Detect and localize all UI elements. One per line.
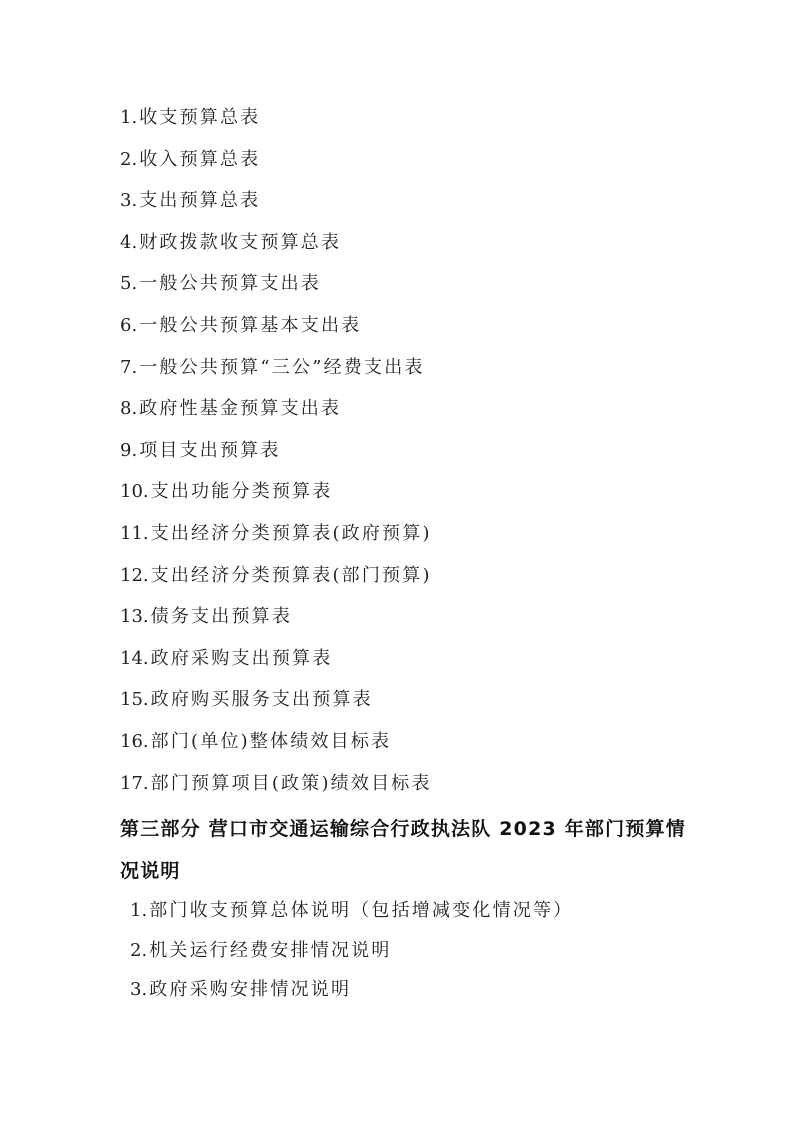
item-number: 12.: [120, 565, 149, 586]
item-number: 13.: [120, 606, 149, 627]
toc-item-3: 3.支出预算总表: [120, 187, 432, 229]
item-label: 收入预算总表: [139, 149, 260, 170]
item-number: 16.: [120, 731, 149, 752]
section-item-list: 1.部门收支预算总体说明（包括增减变化情况等） 2.机关运行经费安排情况说明 3…: [130, 897, 573, 1016]
item-number: 17.: [120, 773, 149, 794]
item-number: 2.: [120, 149, 137, 170]
item-number: 3.: [130, 979, 147, 1000]
toc-item-15: 15.政府购买服务支出预算表: [120, 686, 432, 728]
toc-item-4: 4.财政拨款收支预算总表: [120, 229, 432, 271]
toc-item-5: 5.一般公共预算支出表: [120, 270, 432, 312]
item-label: 政府购买服务支出预算表: [151, 689, 373, 710]
item-number: 7.: [120, 357, 137, 378]
document-page: 1.收支预算总表 2.收入预算总表 3.支出预算总表 4.财政拨款收支预算总表 …: [0, 0, 793, 1122]
toc-item-9: 9.项目支出预算表: [120, 437, 432, 479]
toc-item-10: 10.支出功能分类预算表: [120, 478, 432, 520]
section-heading: 第三部分 营口市交通运输综合行政执法队 2023 年部门预算情况说明: [120, 808, 690, 892]
toc-item-17: 17.部门预算项目(政策)绩效目标表: [120, 770, 432, 812]
toc-item-16: 16.部门(单位)整体绩效目标表: [120, 728, 432, 770]
item-label: 债务支出预算表: [151, 606, 292, 627]
item-label: 部门预算项目(政策)绩效目标表: [151, 773, 432, 794]
item-label: 项目支出预算表: [139, 440, 280, 461]
item-label: 收支预算总表: [139, 107, 260, 128]
toc-item-2: 2.收入预算总表: [120, 146, 432, 188]
item-label: 支出功能分类预算表: [151, 481, 333, 502]
toc-item-1: 1.收支预算总表: [120, 104, 432, 146]
toc-item-6: 6.一般公共预算基本支出表: [120, 312, 432, 354]
toc-item-7: 7.一般公共预算“三公”经费支出表: [120, 354, 432, 396]
item-label: 支出经济分类预算表(部门预算): [151, 565, 432, 586]
item-label: 政府性基金预算支出表: [139, 398, 341, 419]
item-label: 政府采购安排情况说明: [149, 979, 351, 1000]
item-label: 一般公共预算基本支出表: [139, 315, 361, 336]
item-number: 4.: [120, 232, 137, 253]
item-number: 1.: [130, 900, 147, 921]
item-label: 机关运行经费安排情况说明: [149, 940, 391, 961]
item-label: 部门(单位)整体绩效目标表: [151, 731, 392, 752]
item-number: 2.: [130, 940, 147, 961]
item-label: 支出预算总表: [139, 190, 260, 211]
item-label: 财政拨款收支预算总表: [139, 232, 341, 253]
item-number: 1.: [120, 107, 137, 128]
item-number: 11.: [120, 523, 149, 544]
item-number: 8.: [120, 398, 137, 419]
item-label: 一般公共预算支出表: [139, 273, 321, 294]
table-list: 1.收支预算总表 2.收入预算总表 3.支出预算总表 4.财政拨款收支预算总表 …: [120, 104, 432, 811]
item-number: 15.: [120, 689, 149, 710]
section-item-1: 1.部门收支预算总体说明（包括增减变化情况等）: [130, 897, 573, 937]
toc-item-8: 8.政府性基金预算支出表: [120, 395, 432, 437]
item-label: 政府采购支出预算表: [151, 648, 333, 669]
item-number: 3.: [120, 190, 137, 211]
section-item-3: 3.政府采购安排情况说明: [130, 976, 573, 1016]
item-number: 14.: [120, 648, 149, 669]
toc-item-11: 11.支出经济分类预算表(政府预算): [120, 520, 432, 562]
item-label: 一般公共预算“三公”经费支出表: [139, 357, 424, 378]
toc-item-12: 12.支出经济分类预算表(部门预算): [120, 562, 432, 604]
toc-item-14: 14.政府采购支出预算表: [120, 645, 432, 687]
item-number: 5.: [120, 273, 137, 294]
item-number: 9.: [120, 440, 137, 461]
toc-item-13: 13.债务支出预算表: [120, 603, 432, 645]
item-number: 10.: [120, 481, 149, 502]
item-number: 6.: [120, 315, 137, 336]
item-label: 部门收支预算总体说明（包括增减变化情况等）: [149, 900, 573, 921]
section-item-2: 2.机关运行经费安排情况说明: [130, 937, 573, 977]
item-label: 支出经济分类预算表(政府预算): [151, 523, 432, 544]
